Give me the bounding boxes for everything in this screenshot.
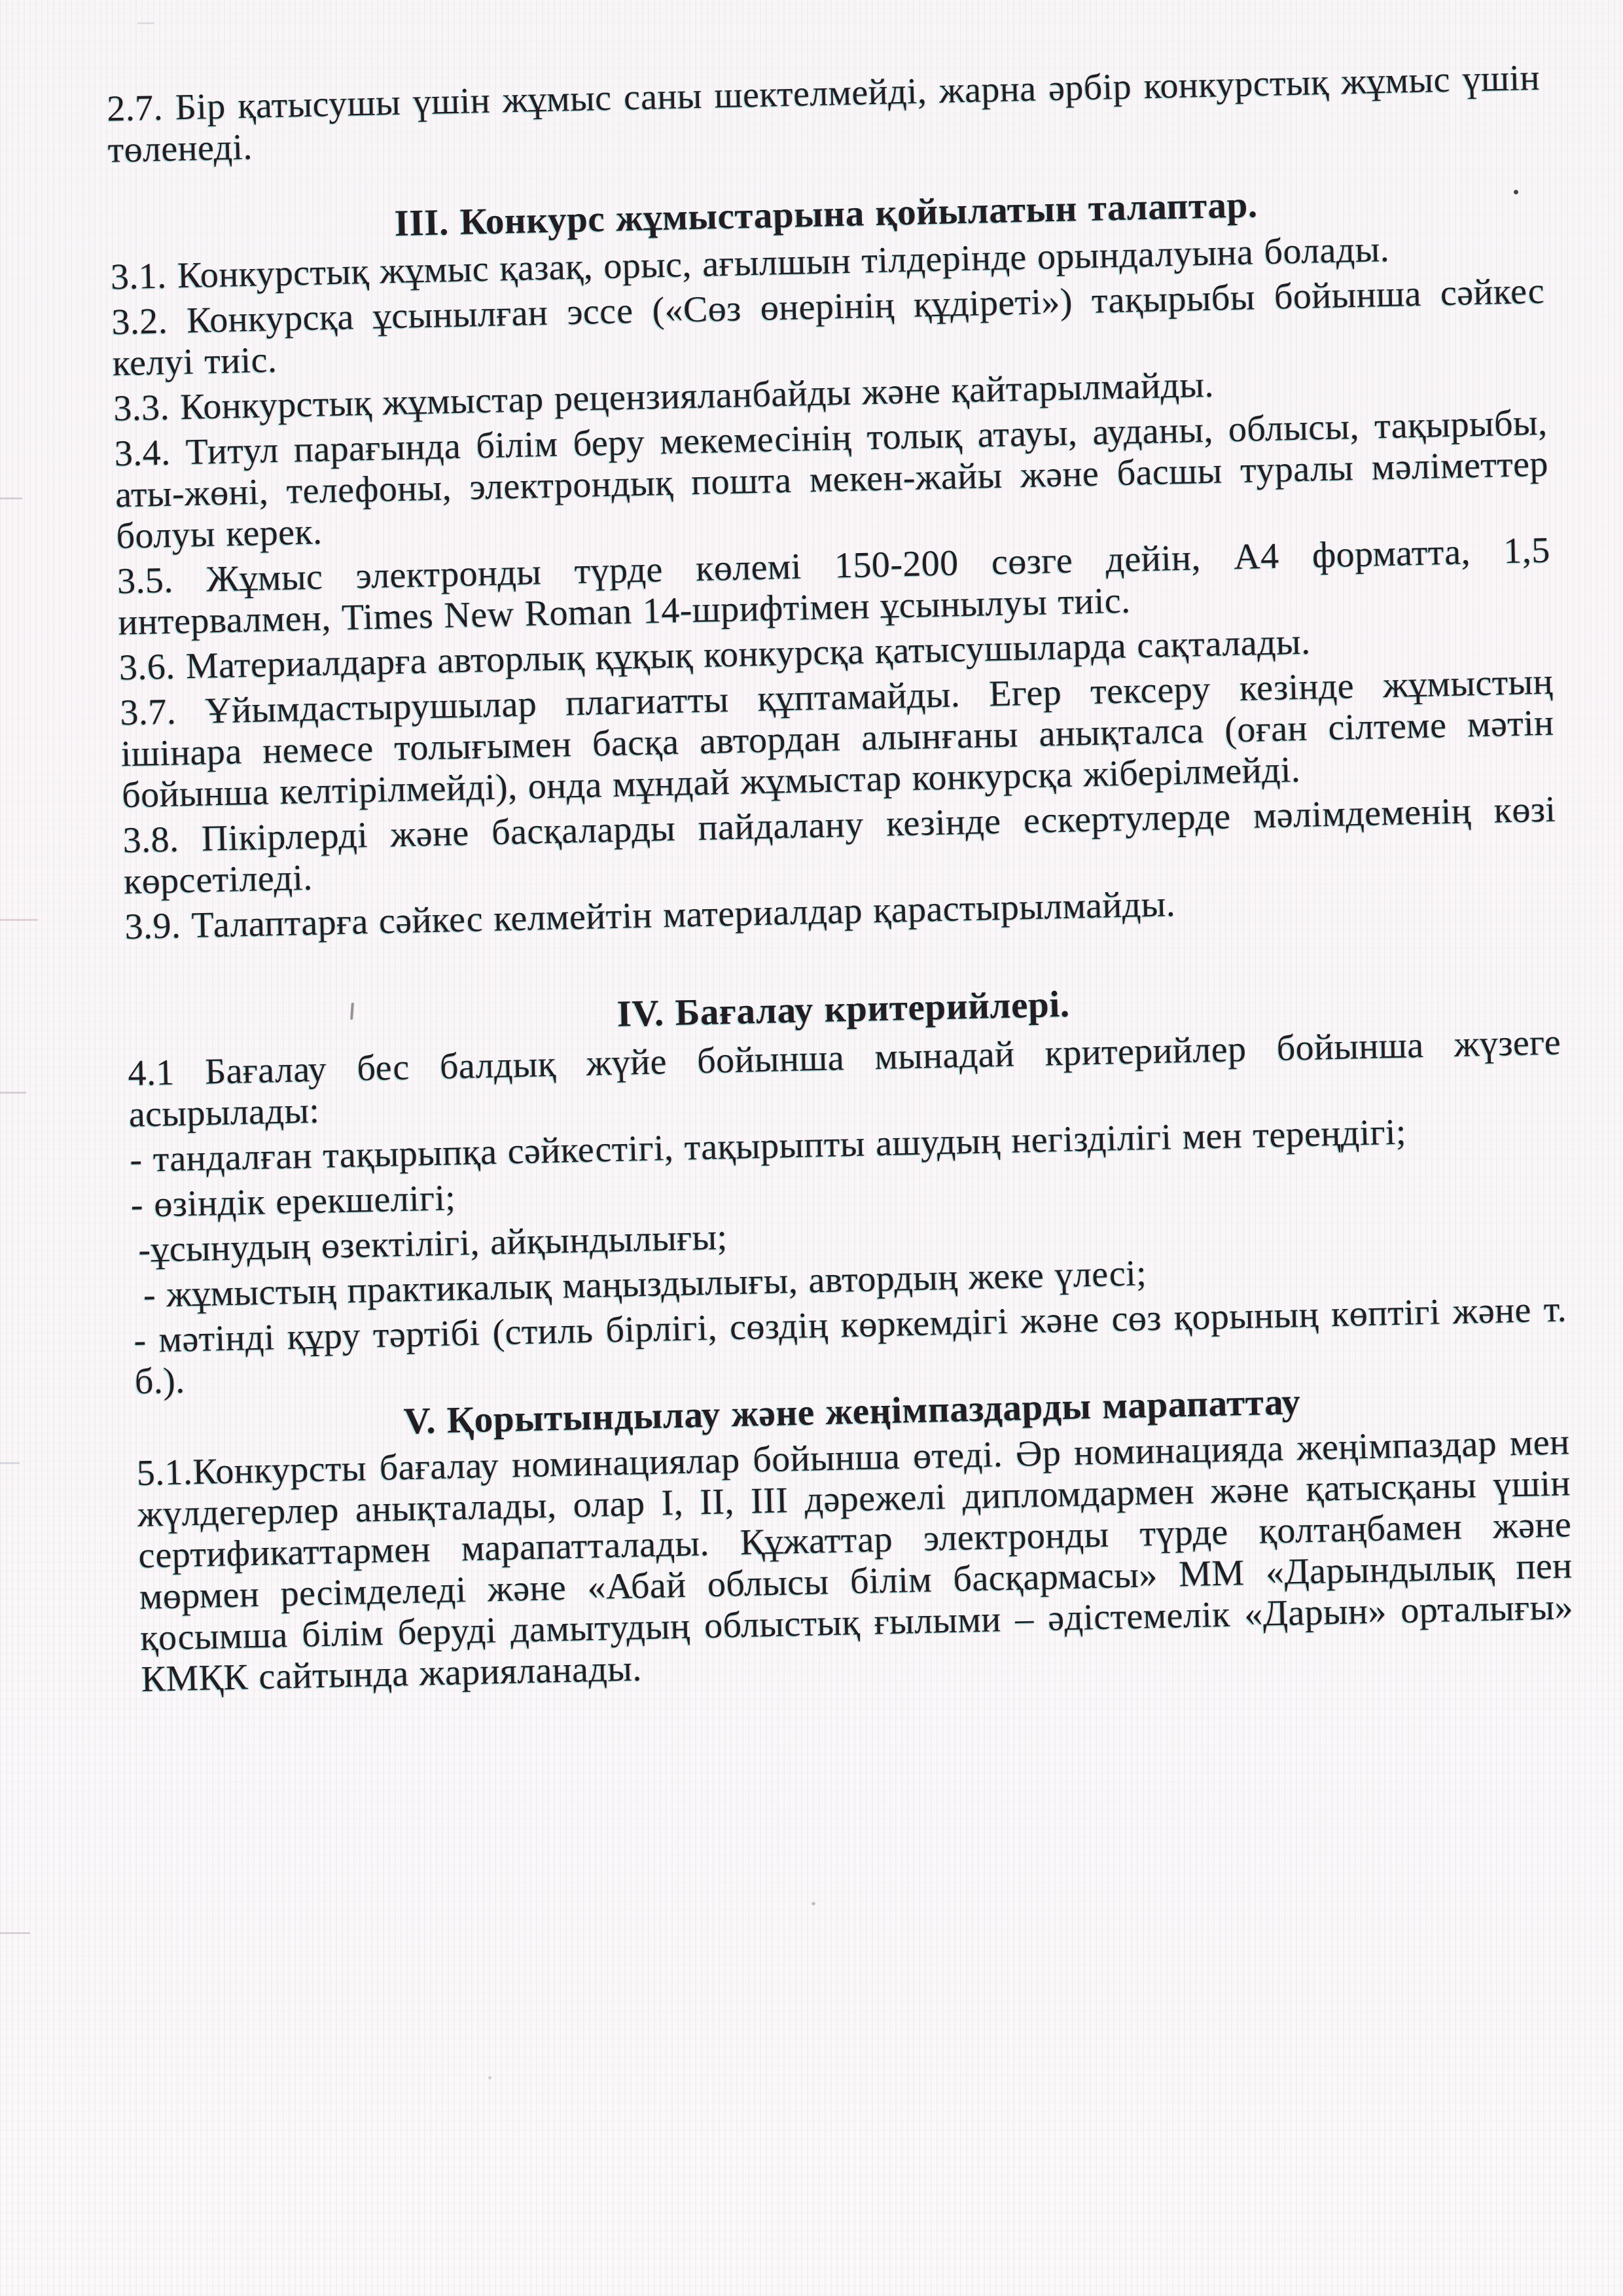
scan-speck: [488, 2076, 491, 2079]
scanned-page: 2.7. Бір қатысушы үшін жұмыс саны шектел…: [0, 0, 1623, 2296]
document-text: 2.7. Бір қатысушы үшін жұмыс саны шектел…: [0, 0, 1623, 1706]
clause-5-1: 5.1.Конкурсты бағалау номинациялар бойын…: [136, 1422, 1575, 1700]
clause-2-7: 2.7. Бір қатысушы үшін жұмыс саны шектел…: [107, 58, 1541, 171]
scan-speck: [811, 1902, 815, 1905]
